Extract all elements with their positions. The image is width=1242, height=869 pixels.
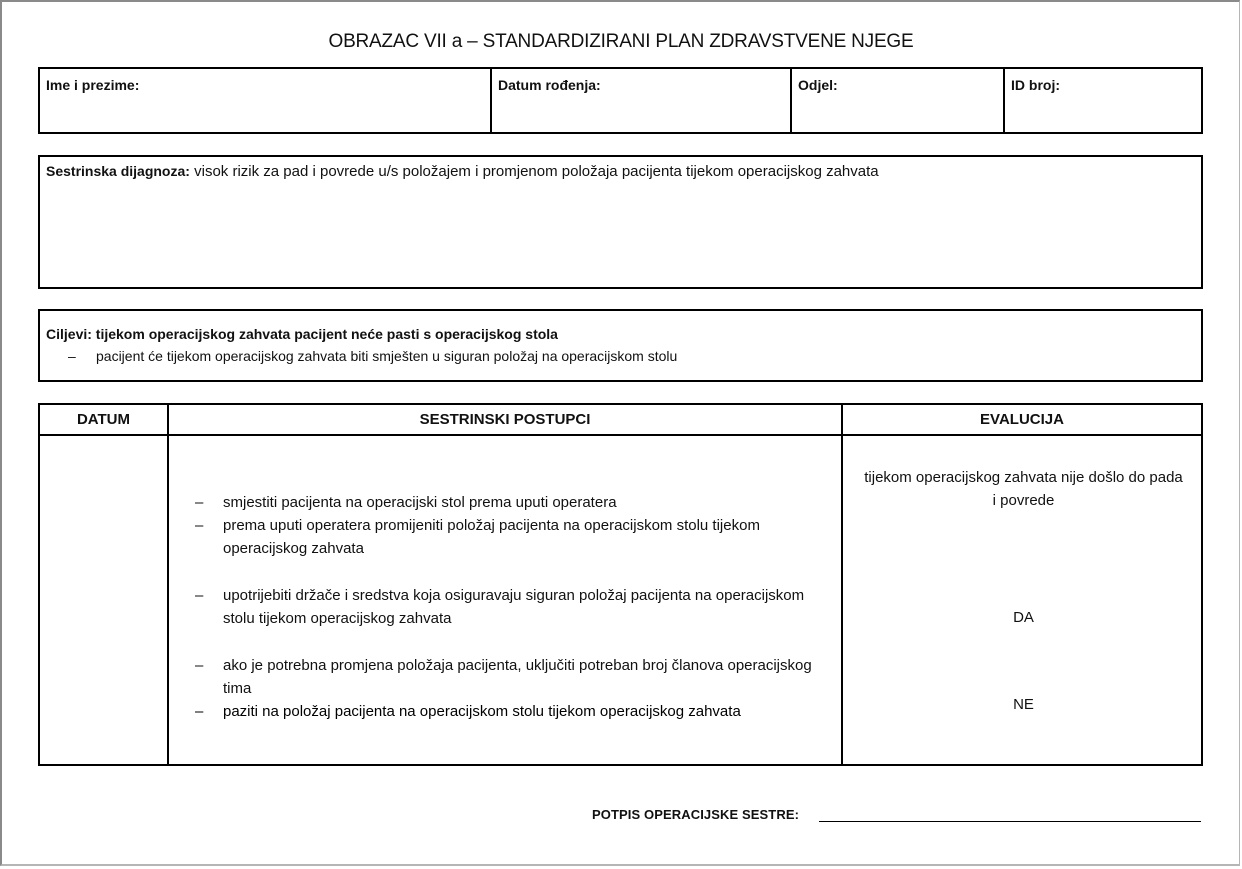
dash-bullet-icon: –	[195, 654, 203, 677]
signature-line-field[interactable]	[819, 821, 1201, 822]
evaluation-yes[interactable]: DA	[844, 606, 1203, 629]
procedure-item: –prema uputi operatera promijeniti polož…	[195, 514, 815, 560]
dash-bullet-icon: –	[68, 348, 76, 364]
dash-bullet-icon: –	[195, 700, 203, 723]
column-divider	[841, 405, 843, 764]
id-number-label: ID broj:	[1011, 77, 1060, 93]
goals-box: Ciljevi: tijekom operacijskog zahvata pa…	[38, 309, 1203, 382]
birth-date-label: Datum rođenja:	[498, 77, 601, 93]
dash-bullet-icon: –	[195, 491, 203, 514]
procedure-text: smjestiti pacijenta na operacijski stol …	[223, 494, 617, 511]
header-evaluation: EVALUCIJA	[843, 405, 1201, 434]
evaluation-text: tijekom operacijskog zahvata nije došlo …	[844, 466, 1203, 512]
goals-title: Ciljevi: tijekom operacijskog zahvata pa…	[46, 326, 1195, 342]
patient-name-field[interactable]: Ime i prezime:	[40, 69, 492, 132]
evaluation-no[interactable]: NE	[844, 693, 1203, 716]
procedure-item: –paziti na položaj pacijenta na operacij…	[195, 700, 815, 723]
header-procedures: SESTRINSKI POSTUPCI	[169, 405, 841, 434]
birth-date-field[interactable]: Datum rođenja:	[492, 69, 792, 132]
signature-label: POTPIS OPERACIJSKE SESTRE:	[592, 807, 799, 822]
procedure-text: ako je potrebna promjena položaja pacije…	[223, 657, 812, 697]
patient-name-label: Ime i prezime:	[46, 77, 139, 93]
id-number-field[interactable]: ID broj:	[1005, 69, 1201, 132]
procedure-text: prema uputi operatera promijeniti položa…	[223, 517, 760, 557]
department-field[interactable]: Odjel:	[792, 69, 1005, 132]
nursing-diagnosis-box: Sestrinska dijagnoza: visok rizik za pad…	[38, 155, 1203, 289]
diagnosis-label: Sestrinska dijagnoza:	[46, 163, 190, 179]
care-plan-table: DATUM SESTRINSKI POSTUPCI EVALUCIJA –smj…	[38, 403, 1203, 766]
procedure-item: –smjestiti pacijenta na operacijski stol…	[195, 491, 815, 514]
procedure-item: –upotrijebiti držače i sredstva koja osi…	[195, 584, 815, 630]
diagnosis-text: visok rizik za pad i povrede u/s položaj…	[194, 163, 879, 180]
patient-info-row: Ime i prezime: Datum rođenja: Odjel: ID …	[38, 67, 1203, 134]
procedure-text: paziti na položaj pacijenta na operacijs…	[223, 703, 741, 720]
goal-item: – pacijent će tijekom operacijskog zahva…	[46, 348, 1195, 364]
column-divider	[167, 405, 169, 764]
header-date: DATUM	[40, 405, 167, 434]
form-title: OBRAZAC VII a – STANDARDIZIRANI PLAN ZDR…	[0, 31, 1242, 53]
procedure-text: upotrijebiti držače i sredstva koja osig…	[223, 587, 804, 627]
procedure-item: –ako je potrebna promjena položaja pacij…	[195, 654, 815, 700]
goal-text: pacijent će tijekom operacijskog zahvata…	[96, 348, 677, 364]
procedures-list: –smjestiti pacijenta na operacijski stol…	[195, 491, 815, 723]
dash-bullet-icon: –	[195, 584, 203, 607]
dash-bullet-icon: –	[195, 514, 203, 537]
department-label: Odjel:	[798, 77, 838, 93]
